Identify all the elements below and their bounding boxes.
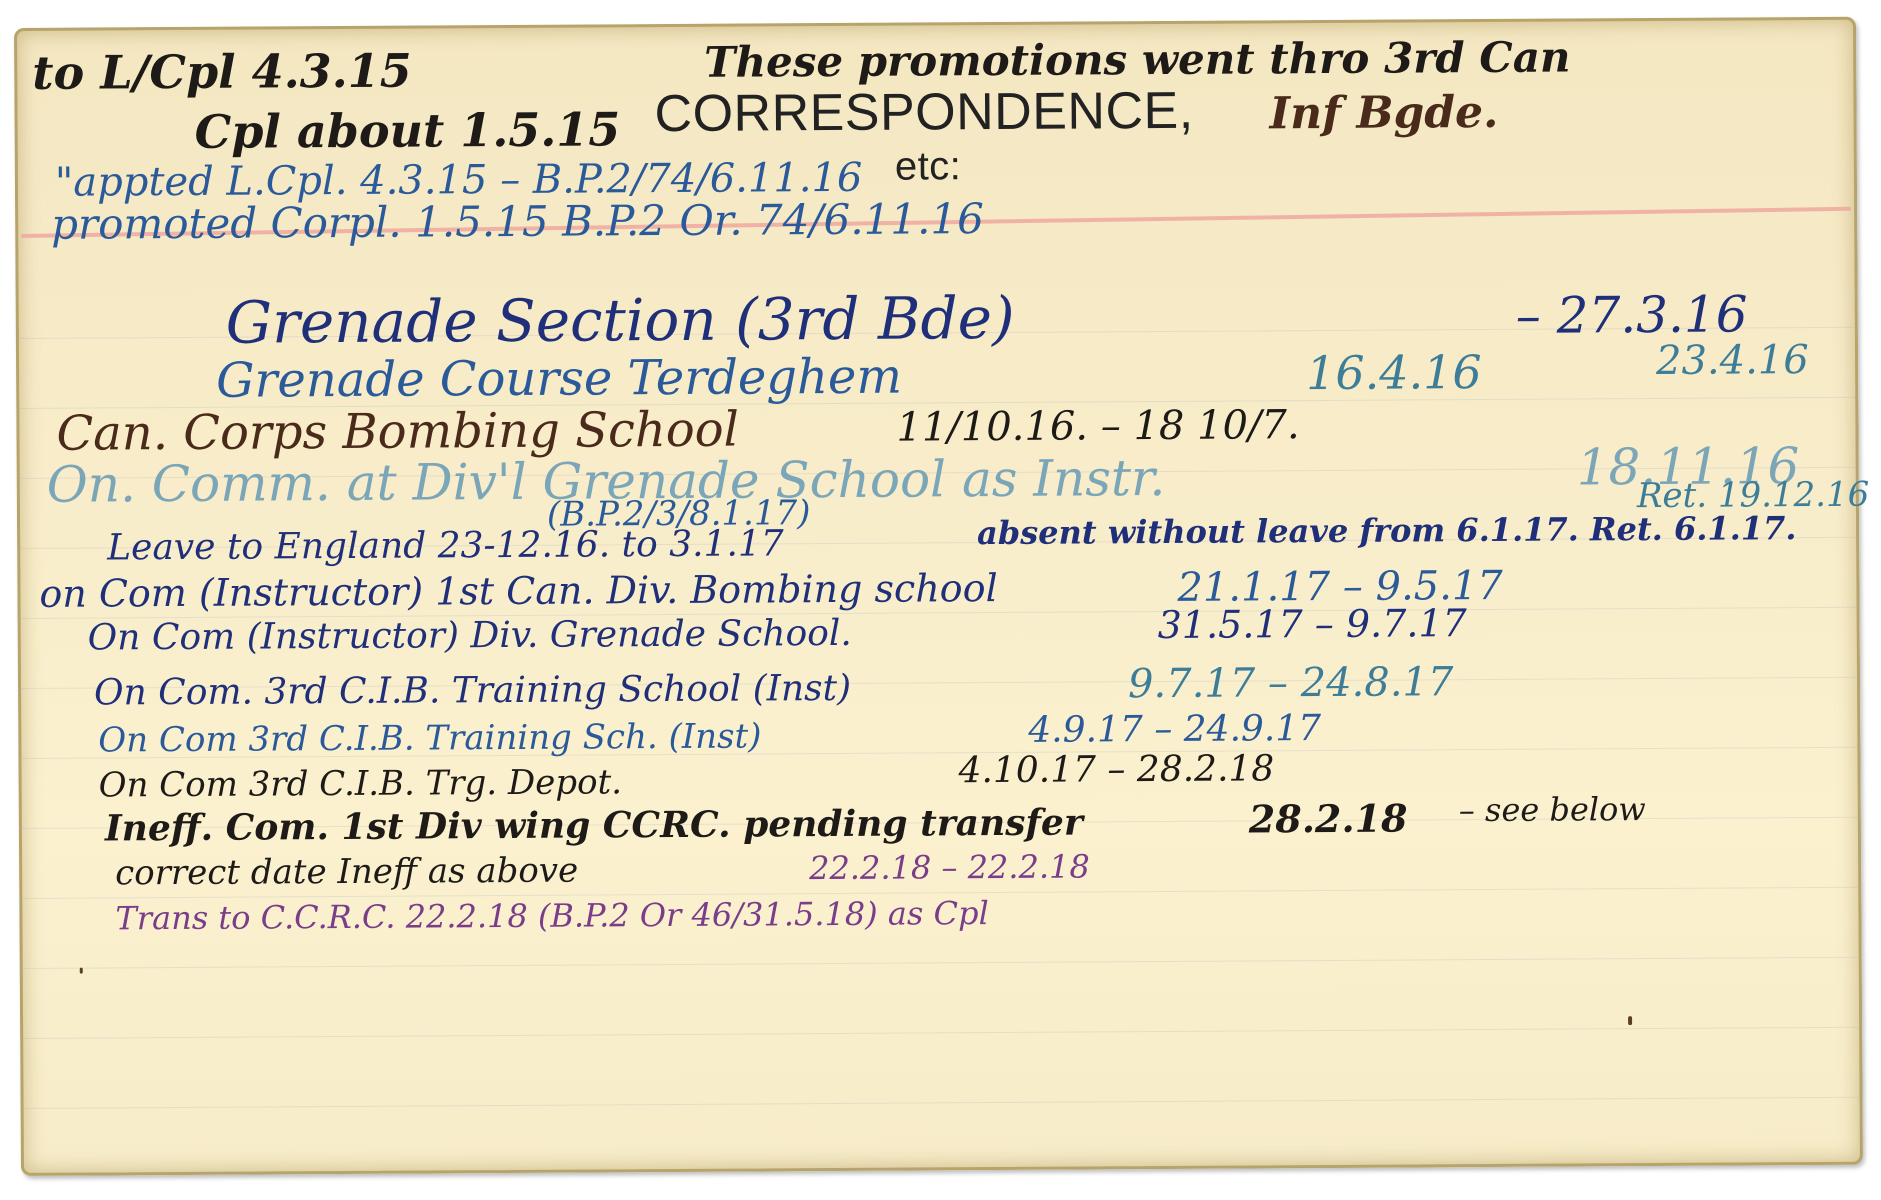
entry-grenade-section-date: – 27.3.16: [1516, 285, 1748, 344]
entry-trans-ccrc: Trans to C.C.R.C. 22.2.18 (B.P.2 Or 46/3…: [115, 894, 989, 937]
record-card: CORRESPONDENCE, etc: to L/Cpl 4.3.15 The…: [14, 17, 1863, 1176]
entry-div-grenade-instr: On Com (Instructor) Div. Grenade School.: [88, 613, 852, 659]
printed-heading: CORRESPONDENCE,: [654, 81, 1193, 144]
ink-spot: [1628, 1016, 1632, 1025]
entry-ineff: Ineff. Com. 1st Div wing CCRC. pending t…: [105, 801, 1083, 849]
note-lcpl: to L/Cpl 4.3.15: [32, 44, 412, 100]
entry-grenade-section: Grenade Section (3rd Bde): [226, 284, 1015, 357]
ruled-line: [20, 1027, 1862, 1039]
entry-bombing-school-date: 11/10.16. – 18 10/7.: [896, 402, 1299, 450]
entry-cib-depot-date: 4.10.17 – 28.2.18: [958, 748, 1274, 791]
note-bgde: Inf Bgde.: [1269, 87, 1498, 139]
entry-cib-training-2-date: 4.9.17 – 24.9.17: [1028, 708, 1321, 751]
entry-div-grenade-instr-date: 31.5.17 – 9.7.17: [1158, 601, 1467, 647]
entry-grenade-course-date-a: 16.4.16: [1306, 345, 1482, 400]
entry-correct-date: correct date Ineff as above: [115, 851, 578, 894]
note-promoted: promoted Corpl. 1.5.15 B.P.2 Or. 74/6.11…: [51, 194, 984, 249]
entry-awol-note: absent without leave from 6.1.17. Ret. 6…: [977, 509, 1797, 552]
entry-cib-training-1-date: 9.7.17 – 24.8.17: [1128, 659, 1454, 707]
note-cpl: Cpl about 1.5.15: [194, 102, 620, 159]
entry-cib-training-1: On Com. 3rd C.I.B. Training School (Inst…: [94, 668, 851, 714]
entry-1st-div-bombing: on Com (Instructor) 1st Can. Div. Bombin…: [39, 566, 997, 616]
ink-spot: [80, 968, 83, 974]
entry-ineff-date: 28.2.18: [1249, 796, 1408, 842]
ruled-line: [20, 957, 1862, 969]
entry-correct-date-value: 22.2.18 – 22.2.18: [809, 847, 1090, 887]
entry-ineff-note: – see below: [1459, 790, 1646, 829]
entry-cib-training-2: On Com 3rd C.I.B. Training Sch. (Inst): [98, 716, 761, 760]
note-promotions: These promotions went thro 3rd Can: [704, 32, 1571, 86]
entry-cib-depot: On Com 3rd C.I.B. Trg. Depot.: [99, 762, 623, 805]
ruled-line: [21, 1097, 1863, 1109]
entry-leave-england: Leave to England 23-12.16. to 3.1.17: [107, 523, 784, 568]
printed-subheading: etc:: [895, 144, 962, 189]
entry-grenade-course: Grenade Course Terdeghem: [216, 349, 902, 409]
entry-grenade-course-date-b: 23.4.16: [1656, 337, 1809, 384]
